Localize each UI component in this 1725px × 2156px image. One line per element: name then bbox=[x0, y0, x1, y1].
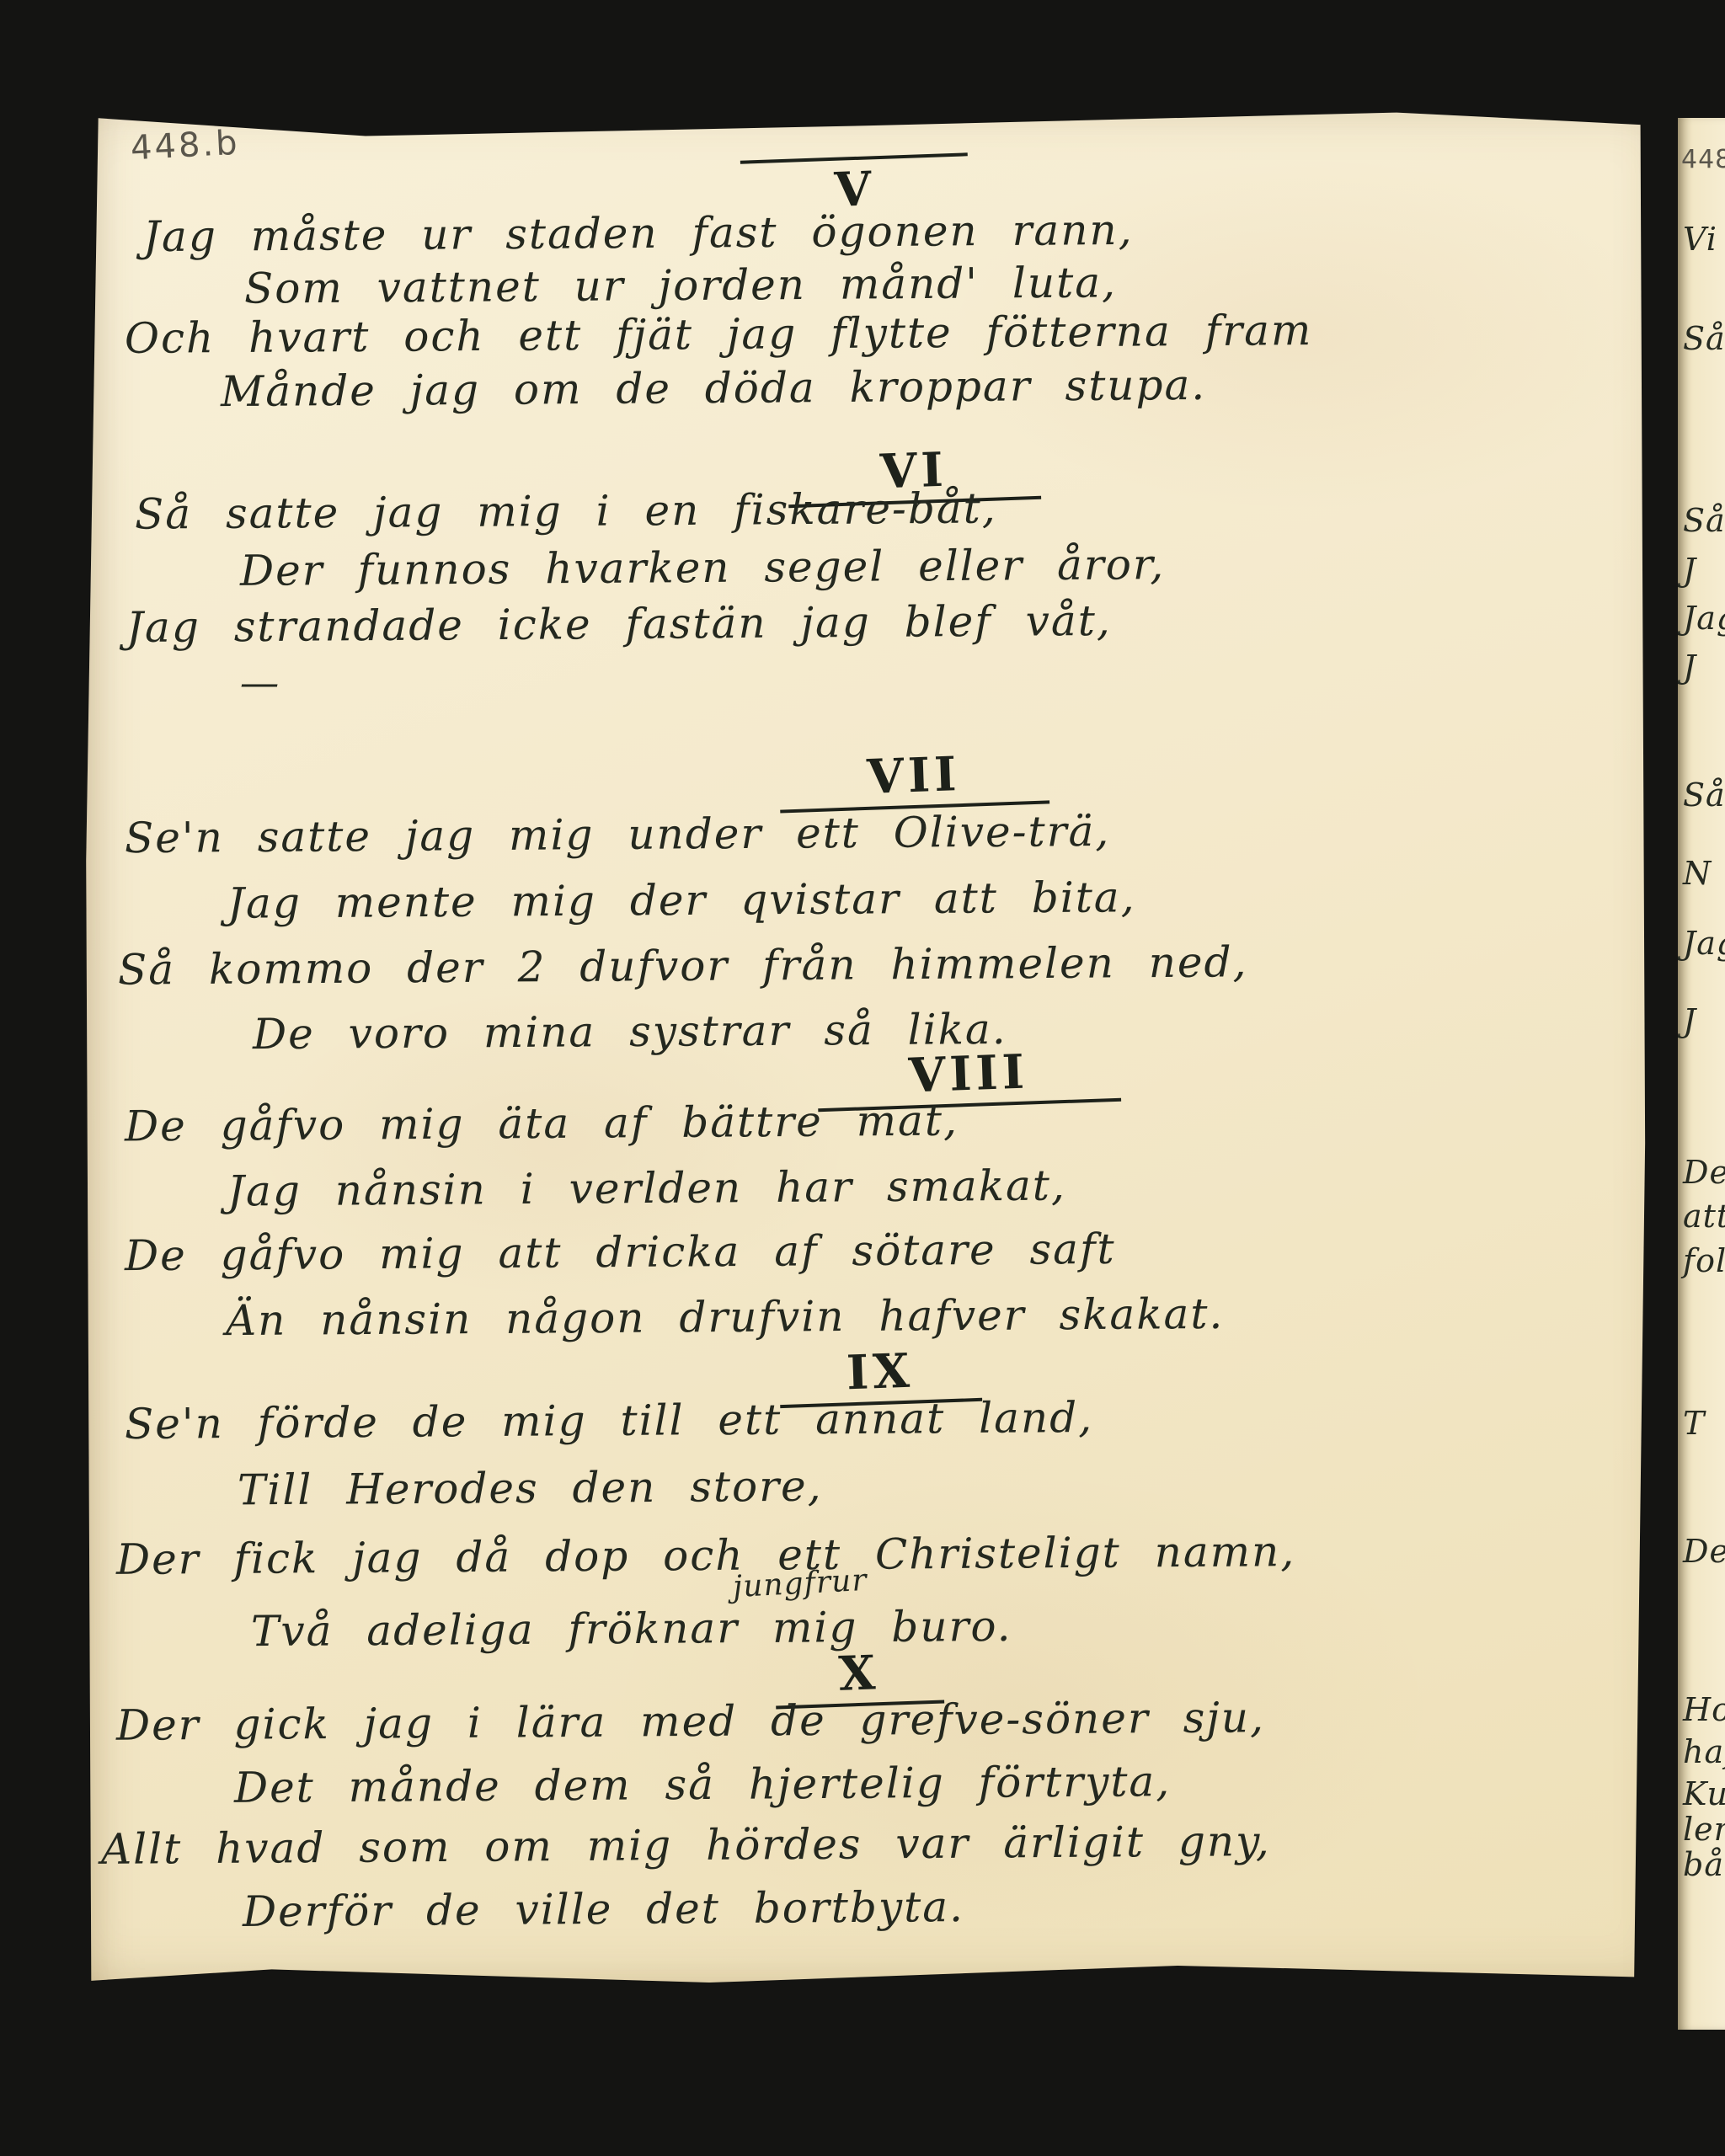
adjacent-page-fragment: Jag bbox=[1683, 925, 1725, 962]
adjacent-page-fragment: Kun bbox=[1683, 1775, 1725, 1812]
adjacent-page-fragment: Så bbox=[1683, 320, 1725, 357]
adjacent-page-fragment: J bbox=[1683, 1002, 1696, 1039]
adjacent-page-fragment: T bbox=[1683, 1405, 1705, 1442]
adjacent-page-fragment: N bbox=[1683, 855, 1712, 892]
adjacent-page-fragment: Så å bbox=[1683, 776, 1725, 814]
poem-line-v-4: Månde jag om de döda kroppar stupa. bbox=[221, 360, 1207, 416]
poem-line-v-1: Jag måste ur staden fast ögonen rann, bbox=[143, 205, 1134, 261]
poem-line-vii-2: Jag mente mig der qvistar att bita, bbox=[227, 873, 1136, 928]
adjacent-page-fragment: lem bbox=[1683, 1811, 1725, 1848]
adjacent-page-fragment: De bbox=[1683, 1154, 1725, 1191]
poem-line-x-1: Der gick jag i lära med de grefve-söner … bbox=[116, 1693, 1265, 1750]
adjacent-page-fragment: J bbox=[1683, 648, 1696, 686]
adjacent-page-number: 448. bbox=[1681, 145, 1725, 174]
poem-line-vii-1: Se'n satte jag mig under ett Olive-trä, bbox=[125, 807, 1111, 862]
poem-line-vii-3: Så kommo der 2 dufvor från himmelen ned, bbox=[118, 937, 1248, 994]
adjacent-page-fragment: Vi bbox=[1683, 221, 1717, 258]
manuscript-page: 448.b V Jag måste ur staden fast ögonen … bbox=[84, 108, 1647, 1990]
poem-line-x-3: Allt hvad som om mig hördes var ärligit … bbox=[101, 1817, 1271, 1874]
poem-line-viii-4: Än nånsin någon drufvin hafver skakat. bbox=[226, 1289, 1225, 1345]
poem-line-vi-2: Der funnos hvarken segel eller åror, bbox=[240, 540, 1166, 595]
poem-line-v-2: Som vattnet ur jorden månd' luta, bbox=[244, 258, 1117, 312]
adjacent-page-fragment: fol bbox=[1683, 1242, 1725, 1279]
poem-line-viii-1: De gåfvo mig äta af bättre mat, bbox=[125, 1097, 959, 1151]
page-number: 448.b bbox=[130, 124, 241, 168]
poem-line-viii-3: De gåfvo mig att dricka af sötare saft bbox=[125, 1225, 1116, 1280]
poem-line-ix-2: Till Herodes den store, bbox=[238, 1462, 823, 1515]
stanza-vii-numeral: VII bbox=[778, 743, 1049, 813]
interlinear-insertion: jungfrur bbox=[732, 1563, 868, 1604]
adjacent-page-fragment: Så N bbox=[1683, 502, 1725, 539]
poem-line-ix-3: Der fick jag då dop och ett Christeligt … bbox=[116, 1527, 1296, 1584]
poem-line-x-4: Derför de ville det bortbyta. bbox=[243, 1882, 964, 1936]
adjacent-page-fragment: De bbox=[1683, 1533, 1725, 1570]
adjacent-page-fragment: J bbox=[1683, 552, 1696, 589]
poem-line-viii-2: Jag nånsin i verlden har smakat, bbox=[227, 1161, 1066, 1216]
poem-line-v-3: Och hvart och ett fjät jag flytte fötter… bbox=[125, 306, 1313, 363]
adjacent-page-fragment: Jag bbox=[1683, 600, 1725, 637]
adjacent-page-edge: 448. Vi Så Så N J Jag J Så å N Jag J De … bbox=[1678, 118, 1725, 2030]
adjacent-page-fragment: bål bbox=[1683, 1846, 1725, 1883]
poem-line-ix-1: Se'n förde de mig till ett annat land, bbox=[125, 1393, 1093, 1449]
poem-line-x-2: Det månde dem så hjertelig förtryta, bbox=[234, 1757, 1172, 1812]
poem-line-vi-1: Så satte jag mig i en fiskare-båt, bbox=[135, 483, 997, 538]
adjacent-page-fragment: hafva bbox=[1683, 1733, 1725, 1770]
dash: — bbox=[240, 659, 279, 705]
adjacent-page-fragment: Ho bbox=[1683, 1691, 1725, 1728]
poem-line-vi-3: Jag strandade icke fastän jag blef våt, bbox=[126, 596, 1112, 652]
adjacent-page-fragment: att bbox=[1683, 1198, 1725, 1235]
